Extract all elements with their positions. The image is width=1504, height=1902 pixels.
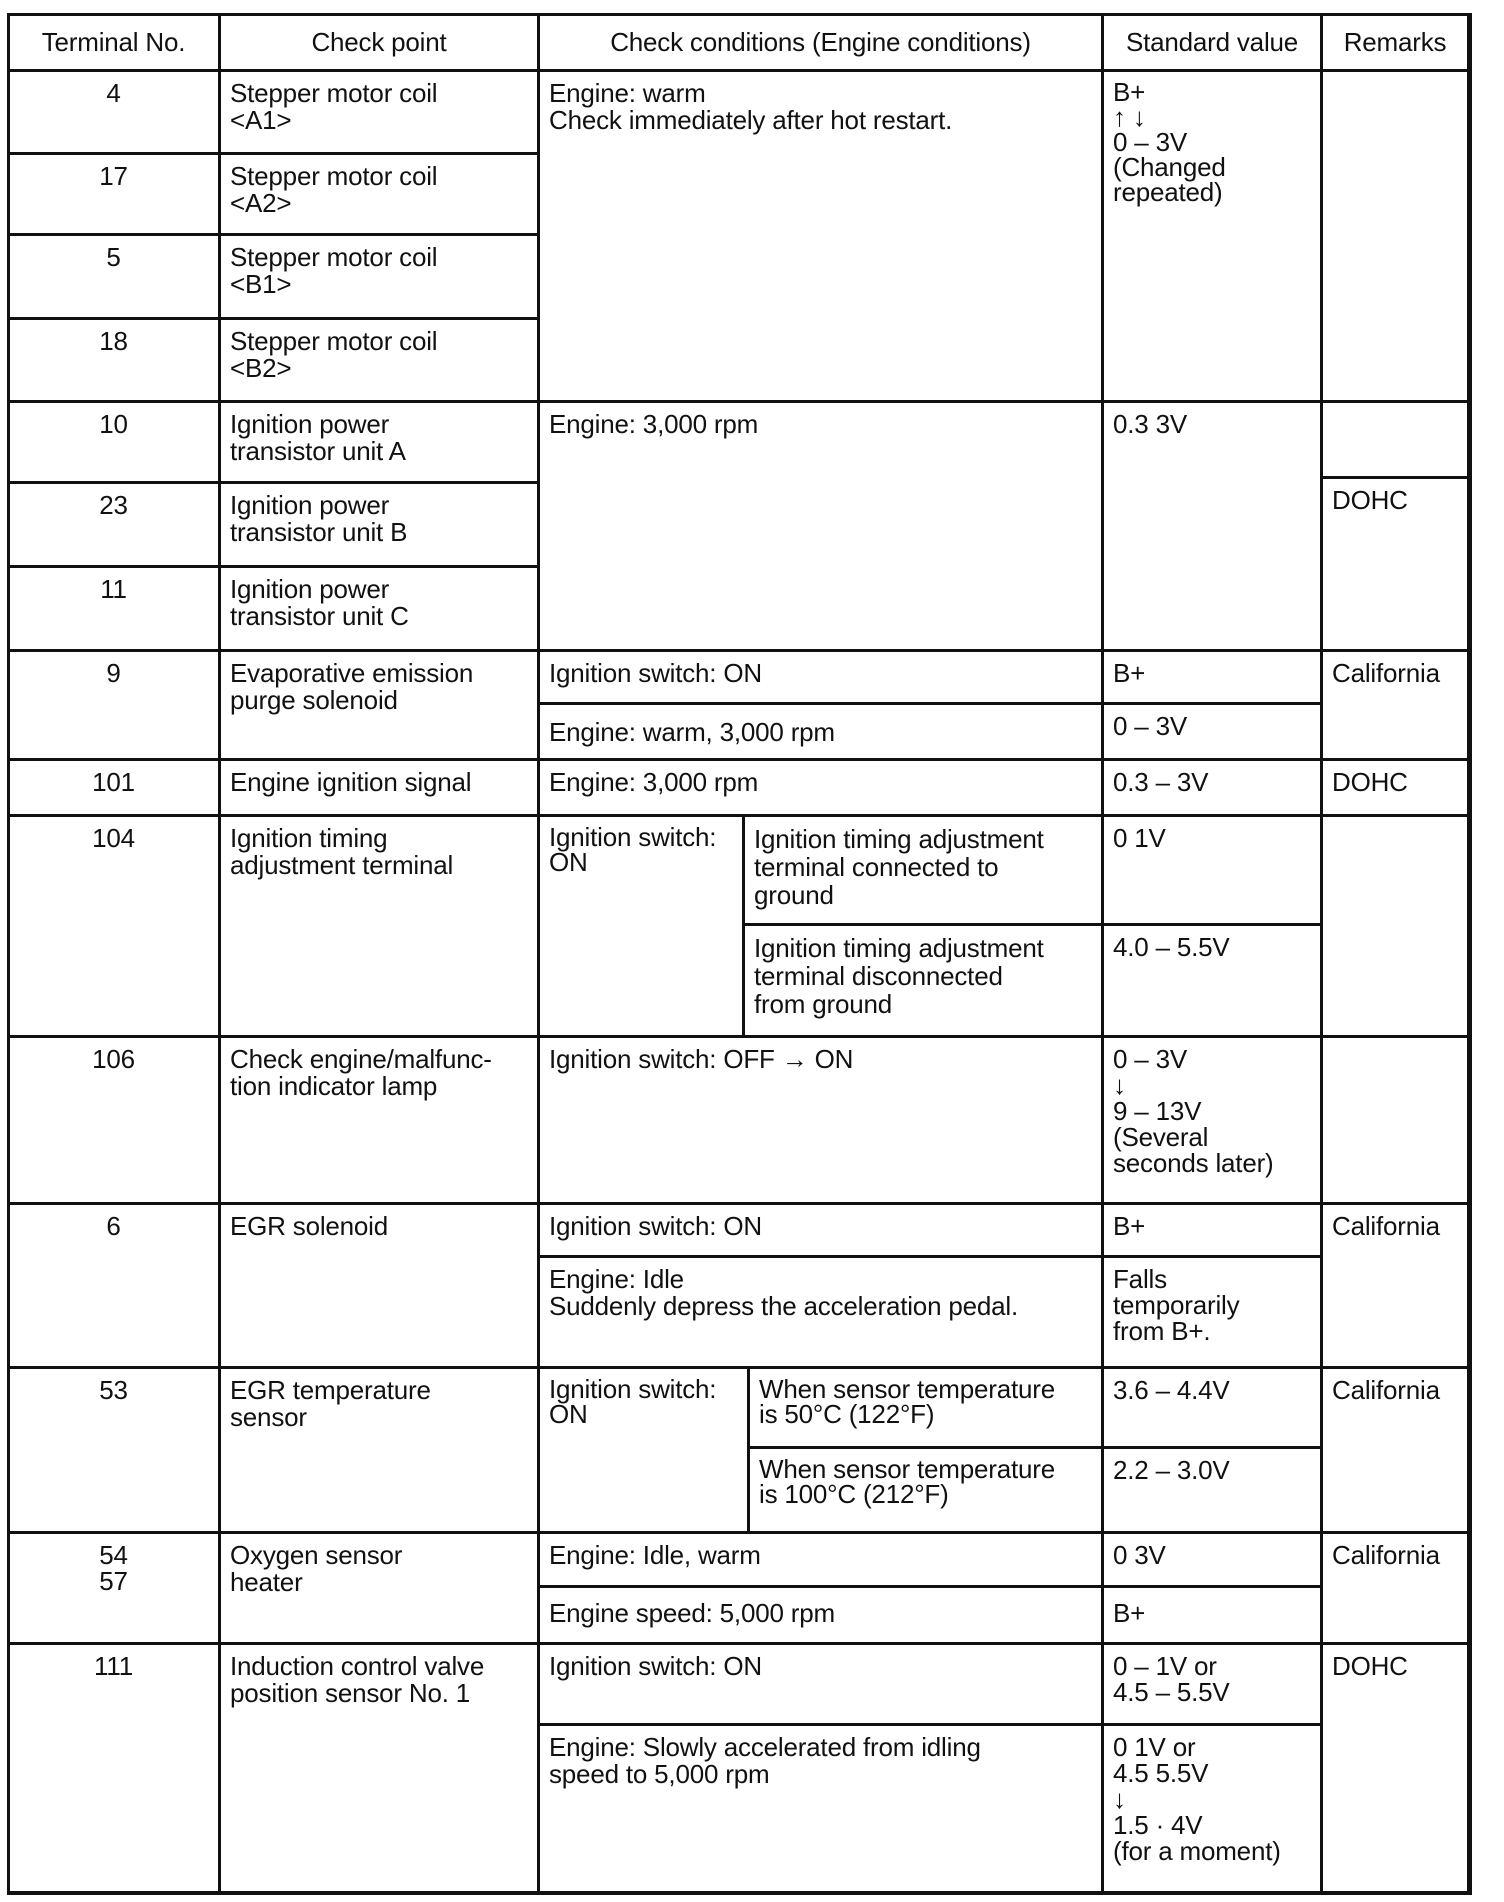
remarks-cell: California	[1321, 1367, 1469, 1533]
check-point-cell: EGR temperature sensor	[219, 1367, 539, 1533]
condition-sub-cell: Ignition timing adjustment terminal conn…	[743, 815, 1103, 925]
condition-cell: Engine: Slowly accelerated from idling s…	[538, 1724, 1103, 1893]
standard-value-cell: B+ ↑ ↓ 0 – 3V (Changed repeated)	[1102, 70, 1322, 402]
condition-cell: Ignition switch: OFF → ON	[538, 1036, 1103, 1204]
condition-cell: Engine: warm, 3,000 rpm	[538, 703, 1103, 760]
standard-value-cell: B+	[1102, 650, 1322, 704]
terminal-cell: 10	[7, 401, 220, 483]
terminal-cell: 106	[7, 1036, 220, 1204]
terminal-cell: 4	[7, 70, 220, 154]
terminal-check-table: Terminal No. Check point Check condition…	[0, 0, 1504, 1902]
terminal-cell: 18	[7, 318, 220, 402]
standard-value-cell: 0 1V	[1102, 815, 1322, 925]
terminal-cell: 6	[7, 1203, 220, 1368]
standard-value-cell: 0 – 1V or 4.5 – 5.5V	[1102, 1643, 1322, 1725]
condition-cell: Engine: 3,000 rpm	[538, 401, 1103, 651]
remarks-cell	[1321, 401, 1469, 478]
check-point-cell: EGR solenoid	[219, 1203, 539, 1368]
standard-value-cell: 0 – 3V	[1102, 703, 1322, 760]
condition-cell: Engine: Idle, warm	[538, 1532, 1103, 1587]
check-point-cell: Evaporative emission purge solenoid	[219, 650, 539, 760]
standard-value-cell: Falls temporarily from B+.	[1102, 1256, 1322, 1368]
standard-value-cell: B+	[1102, 1203, 1322, 1257]
remarks-cell	[1321, 1036, 1469, 1204]
check-point-cell: Stepper motor coil <A2>	[219, 153, 539, 235]
condition-cell: Ignition switch: ON	[538, 1203, 1103, 1257]
check-point-cell: Ignition power transistor unit C	[219, 566, 539, 651]
remarks-cell: California	[1321, 1532, 1469, 1644]
terminal-cell: 23	[7, 482, 220, 567]
check-point-cell: Check engine/malfunc- tion indicator lam…	[219, 1036, 539, 1204]
condition-sub-cell: When sensor temperature is 50°C (122°F)	[748, 1367, 1103, 1448]
condition-cell: Engine: warm Check immediately after hot…	[538, 70, 1103, 402]
remarks-cell: California	[1321, 650, 1469, 760]
header-check-conditions: Check conditions (Engine conditions)	[538, 13, 1103, 71]
terminal-cell: 17	[7, 153, 220, 235]
standard-value-cell: 0.3 3V	[1102, 401, 1322, 651]
standard-value-cell: 0 – 3V ↓ 9 – 13V (Several seconds later)	[1102, 1036, 1322, 1204]
terminal-cell: 101	[7, 759, 220, 816]
header-standard-value: Standard value	[1102, 13, 1322, 71]
remarks-cell: California	[1321, 1203, 1469, 1368]
terminal-cell: 104	[7, 815, 220, 1037]
remarks-cell: DOHC	[1321, 759, 1469, 816]
check-point-cell: Engine ignition signal	[219, 759, 539, 816]
condition-cell: Ignition switch: ON	[538, 815, 744, 1037]
remarks-cell: DOHC	[1321, 1643, 1469, 1893]
condition-cell: Ignition switch: ON	[538, 1643, 1103, 1725]
check-point-cell: Stepper motor coil <B2>	[219, 318, 539, 402]
condition-cell: Engine: Idle Suddenly depress the accele…	[538, 1256, 1103, 1368]
terminal-cell: 54 57	[7, 1532, 220, 1644]
terminal-cell: 9	[7, 650, 220, 760]
check-point-cell: Oxygen sensor heater	[219, 1532, 539, 1644]
standard-value-cell: 0 3V	[1102, 1532, 1322, 1587]
standard-value-cell: 3.6 – 4.4V	[1102, 1367, 1322, 1448]
condition-sub-cell: When sensor temperature is 100°C (212°F)	[748, 1447, 1103, 1533]
condition-cell: Ignition switch: ON	[538, 1367, 749, 1533]
check-point-cell: Induction control valve position sensor …	[219, 1643, 539, 1893]
remarks-cell: DOHC	[1321, 477, 1469, 651]
check-point-cell: Stepper motor coil <A1>	[219, 70, 539, 154]
standard-value-cell: 0.3 – 3V	[1102, 759, 1322, 816]
check-point-cell: Ignition power transistor unit B	[219, 482, 539, 567]
remarks-cell	[1321, 815, 1469, 1037]
condition-cell: Engine: 3,000 rpm	[538, 759, 1103, 816]
terminal-cell: 111	[7, 1643, 220, 1893]
header-terminal-no: Terminal No.	[7, 13, 220, 71]
condition-cell: Ignition switch: ON	[538, 650, 1103, 704]
remarks-cell	[1321, 70, 1469, 402]
standard-value-cell: 2.2 – 3.0V	[1102, 1447, 1322, 1533]
standard-value-cell: 4.0 – 5.5V	[1102, 924, 1322, 1037]
condition-cell: Engine speed: 5,000 rpm	[538, 1586, 1103, 1644]
terminal-cell: 5	[7, 234, 220, 319]
condition-sub-cell: Ignition timing adjustment terminal disc…	[743, 924, 1103, 1037]
standard-value-cell: 0 1V or 4.5 5.5V ↓ 1.5 · 4V (for a momen…	[1102, 1724, 1322, 1893]
check-point-cell: Ignition power transistor unit A	[219, 401, 539, 483]
header-remarks: Remarks	[1321, 13, 1469, 71]
standard-value-cell: B+	[1102, 1586, 1322, 1644]
check-point-cell: Ignition timing adjustment terminal	[219, 815, 539, 1037]
terminal-cell: 11	[7, 566, 220, 651]
terminal-cell: 53	[7, 1367, 220, 1533]
check-point-cell: Stepper motor coil <B1>	[219, 234, 539, 319]
header-check-point: Check point	[219, 13, 539, 71]
